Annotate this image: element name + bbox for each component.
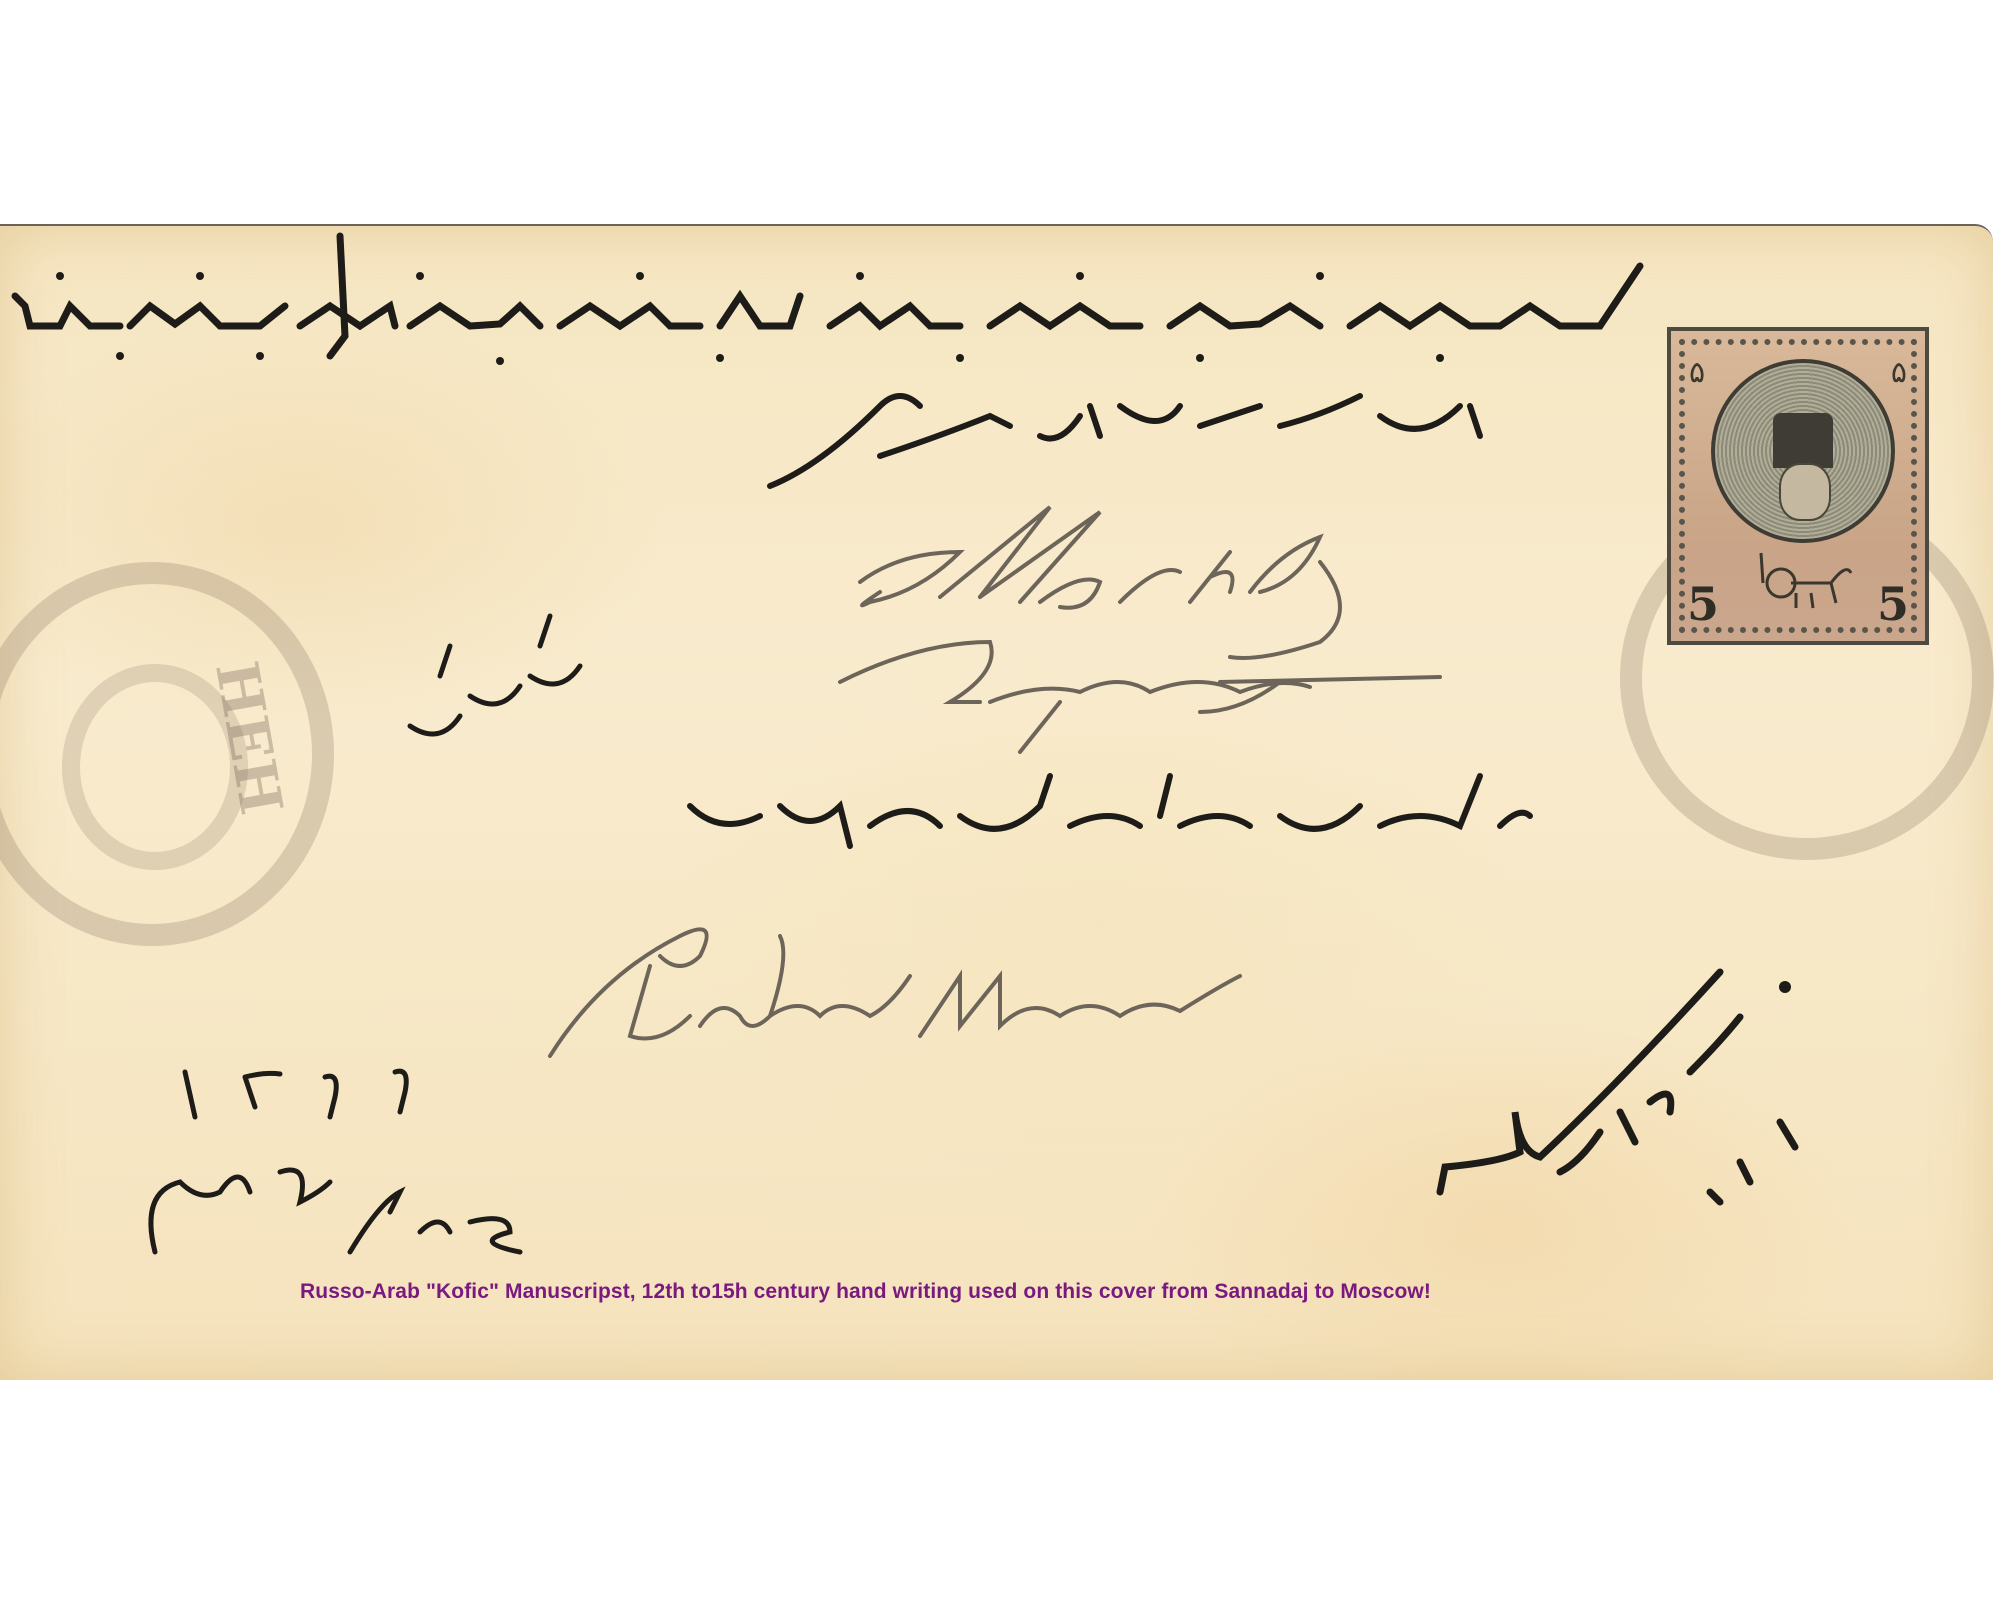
stamp-portrait-medallion — [1711, 359, 1895, 543]
postage-stamp: ۵ ۵ 5 5 — [1667, 327, 1929, 645]
stamp-denomination-right: 5 — [1877, 577, 1909, 631]
postmark-left: НЕН — [0, 562, 334, 946]
handwriting-date-left — [140, 1052, 540, 1272]
stamp-denomination-left: 5 — [1687, 577, 1719, 631]
image-caption: Russo-Arab "Kofic" Manuscripst, 12th to1… — [300, 1280, 1431, 1304]
stamp-portrait — [1773, 413, 1833, 523]
handwriting-signature-right — [1420, 962, 1780, 1232]
lion-and-sun-icon — [1751, 553, 1851, 613]
handwriting-persian-small — [400, 606, 600, 766]
handwriting-persian-line-1 — [760, 346, 1520, 486]
stamp-denomination-persian-right: ۵ — [1891, 355, 1907, 390]
handwriting-moscow — [840, 492, 1440, 752]
stamp-portrait-head — [1779, 463, 1831, 521]
stamp-portrait-hat — [1773, 413, 1833, 468]
handwriting-persian-line-2 — [680, 746, 1540, 866]
stamp-denomination-persian-left: ۵ — [1689, 355, 1705, 390]
envelope-cover: НЕН — [0, 224, 1993, 1380]
